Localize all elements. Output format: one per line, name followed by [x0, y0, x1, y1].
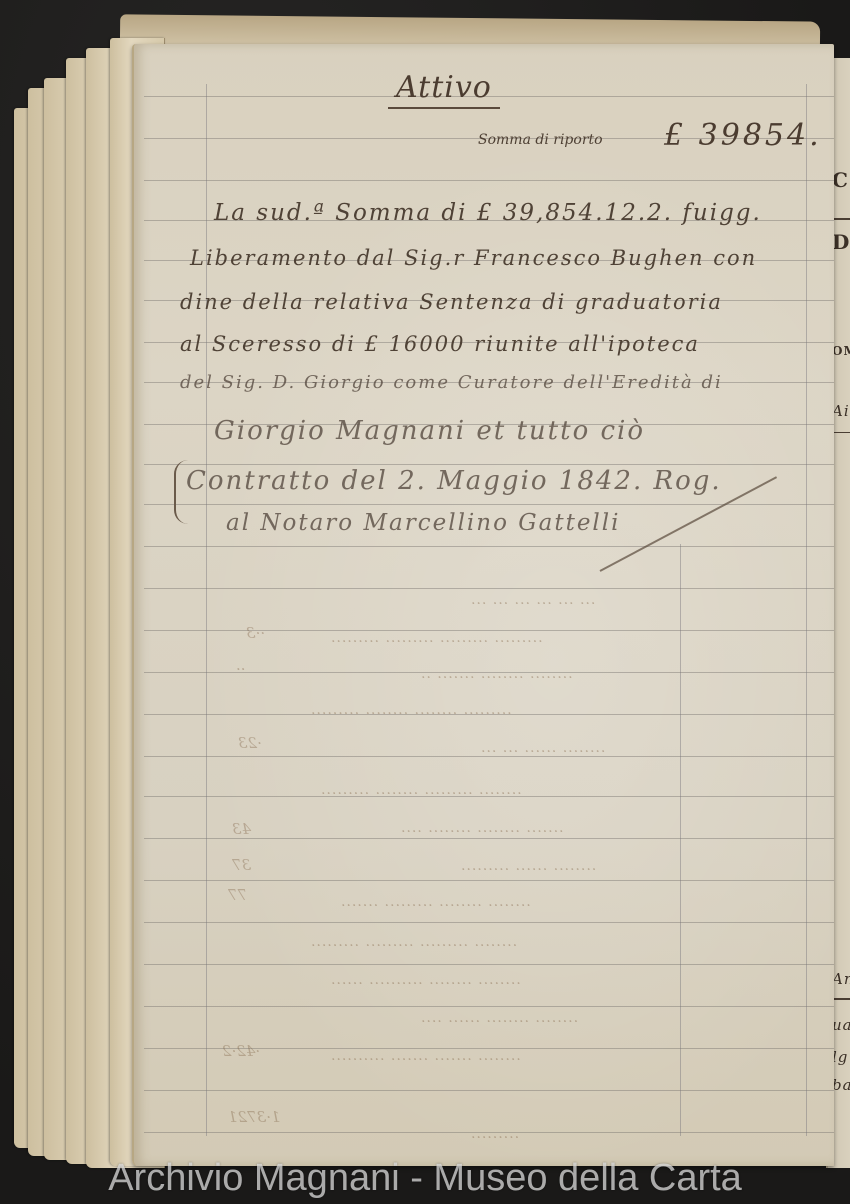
- entry-line: Liberamento dal Sig.r Francesco Bughen c…: [190, 246, 757, 270]
- carry-over-value: 39854: [699, 118, 809, 153]
- ruled-line: [144, 922, 834, 923]
- ruled-line: [144, 588, 834, 589]
- adjacent-fragment: DA: [832, 230, 850, 254]
- adjacent-fragment: C: [832, 168, 849, 192]
- bleed-through-text: ········· ········· ········· ·········: [330, 634, 543, 650]
- bleed-through-text: ········ ······ ··· ···: [480, 744, 605, 760]
- entry-line: dine della relativa Sentenza di graduato…: [180, 290, 723, 314]
- ruled-line: [144, 464, 834, 465]
- bleed-through-number: ··3: [246, 624, 265, 642]
- bleed-through-text: ········ ········ ········· ·······: [340, 898, 531, 914]
- entry-line: La sud.ª Somma di £ 39,854.12.2. fuigg.: [214, 200, 762, 226]
- adjacent-fragment: Ann: [832, 970, 850, 988]
- bleed-through-text: ········ ········ ·········· ······: [330, 976, 521, 992]
- ruled-line: [144, 180, 834, 181]
- page-heading: Attivo: [388, 70, 500, 109]
- bleed-through-text: ········ ······· ······· ··········: [330, 1052, 521, 1068]
- ruled-line: [144, 1090, 834, 1091]
- ruled-line: [144, 880, 834, 881]
- adjacent-fragment: ua: [832, 1016, 850, 1034]
- archive-watermark: Archivio Magnani - Museo della Carta: [0, 1157, 850, 1200]
- ruled-line: [144, 504, 834, 505]
- carry-over-label: Somma di riporto: [478, 132, 603, 148]
- bleed-through-number: ·42·2: [222, 1042, 260, 1060]
- ruled-line: [144, 964, 834, 965]
- ruled-line: [144, 546, 834, 547]
- right-margin-line: [806, 84, 807, 1136]
- bleed-through-number: ··: [236, 660, 246, 678]
- bleed-through-number: 77: [228, 886, 247, 904]
- bleed-through-text: ······· ········ ········ ····: [400, 824, 564, 840]
- carry-over-amount: £ 39854.: [664, 118, 822, 153]
- amount-column-line: [680, 544, 681, 1136]
- bleed-through-text: ········ ········· ········· ·········: [310, 938, 517, 954]
- bleed-through-text: ········ ········· ········ ·········: [320, 786, 522, 802]
- entry-line: del Sig. D. Giorgio come Curatore dell'E…: [180, 372, 723, 393]
- bleed-through-text: ········ ········ ······ ····: [420, 1014, 578, 1030]
- entry-line: Contratto del 2. Maggio 1842. Rog.: [186, 466, 722, 496]
- entry-line: al Sceresso di £ 16000 riunite all'ipote…: [180, 332, 700, 356]
- bleed-through-text: ········ ········ ······· ··: [420, 670, 573, 686]
- adjacent-fragment: ba: [832, 1076, 850, 1094]
- adjacent-fragment: Aive: [832, 402, 850, 420]
- adjacent-fragment: lg: [832, 1048, 848, 1066]
- bleed-through-text: ········· ········ ········ ·········: [310, 706, 512, 722]
- bleed-through-number: ·23: [238, 734, 262, 752]
- pound-symbol: £: [664, 118, 686, 153]
- bleed-through-text: ·········: [470, 1130, 519, 1146]
- left-margin-line: [206, 84, 207, 1136]
- capital-flourish: [174, 460, 198, 524]
- entry-line: al Notaro Marcellino Gattelli: [226, 510, 621, 536]
- adjacent-fragment: OM: [832, 344, 850, 358]
- ruled-line: [144, 1006, 834, 1007]
- bleed-through-number: 37: [232, 856, 251, 874]
- entry-line: Giorgio Magnani et tutto ciò: [214, 416, 645, 446]
- bleed-through-number: 43: [232, 820, 251, 838]
- bleed-through-number: 1·3721: [228, 1108, 281, 1126]
- bleed-through-text: ········ ······ ·········: [460, 862, 596, 878]
- bleed-through-text: ··· ··· ··· ··· ··· ···: [470, 596, 595, 612]
